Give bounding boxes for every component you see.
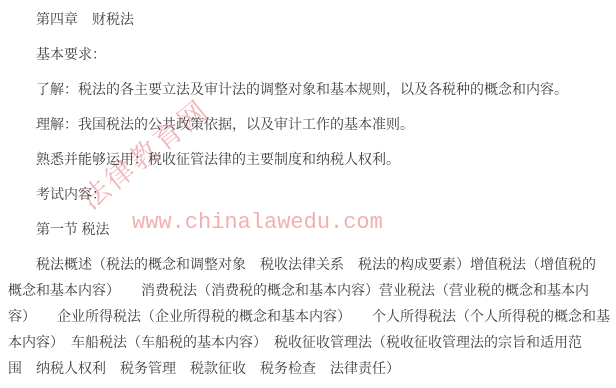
exam-scope-line: 围 纳税人权利 税务管理 税款征收 税务检查 法律责任） bbox=[8, 357, 608, 383]
exam-scope-line: 概念和基本内容） 消费税法（消费税的概念和基本内容）营业税法（营业税的概念和基本… bbox=[8, 279, 608, 305]
section-title: 第一节 税法 bbox=[8, 218, 608, 244]
basic-requirements-label: 基本要求： bbox=[8, 43, 608, 69]
exam-scope-line: 税法概述（税法的概念和调整对象 税收法律关系 税法的构成要素）增值税法（增值税的 bbox=[8, 253, 608, 279]
understand-requirement-line: 理解：我国税法的公共政策依据，以及审计工作的基本准则。 bbox=[8, 113, 608, 139]
exam-scope-paragraph: 税法概述（税法的概念和调整对象 税收法律关系 税法的构成要素）增值税法（增值税的… bbox=[8, 253, 608, 383]
exam-scope-line: 容） 企业所得税法（企业所得税的概念和基本内容） 个人所得税法（个人所得税的概念… bbox=[8, 305, 608, 331]
chapter-title: 第四章 财税法 bbox=[8, 8, 608, 34]
know-requirement-line: 了解：税法的各主要立法及审计法的调整对象和基本规则，以及各税种的概念和内容。 bbox=[8, 78, 608, 104]
exam-scope-line: 本内容） 车船税法（车船税的基本内容） 税收征收管理法（税收征收管理法的宗旨和适… bbox=[8, 331, 608, 357]
exam-content-label: 考试内容： bbox=[8, 183, 608, 209]
apply-requirement-line: 熟悉并能够运用：税收征管法律的主要制度和纳税人权利。 bbox=[8, 148, 608, 174]
document-body: 第四章 财税法 基本要求： 了解：税法的各主要立法及审计法的调整对象和基本规则，… bbox=[8, 8, 608, 383]
